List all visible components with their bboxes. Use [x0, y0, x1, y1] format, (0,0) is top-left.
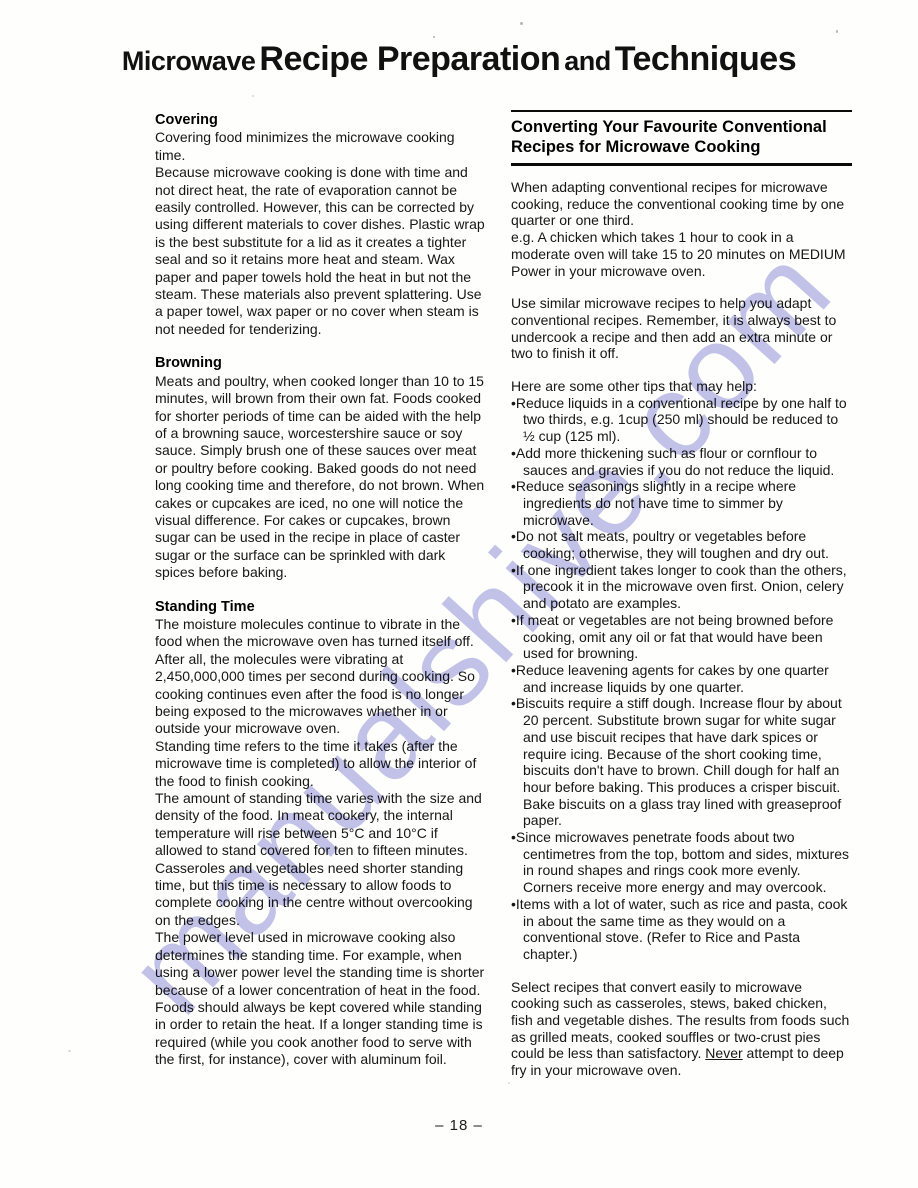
closing-underlined-word: Never [705, 1045, 742, 1061]
section-heading-converting-recipes: Converting Your Favourite Conventional R… [511, 110, 852, 166]
title-part-microwave: Microwave [122, 46, 256, 76]
scan-speck [520, 22, 523, 25]
page-title: Microwave Recipe Preparation and Techniq… [0, 40, 918, 79]
tip-item: Reduce leavening agents for cakes by one… [511, 662, 852, 695]
left-column: Covering Covering food minimizes the mic… [155, 112, 487, 1069]
title-part-recipe-preparation: Recipe Preparation [259, 40, 560, 78]
section-covering: Covering Covering food minimizes the mic… [155, 112, 487, 338]
paragraph: The amount of standing time varies with … [155, 790, 487, 929]
scan-speck [433, 36, 435, 38]
paragraph: When adapting conventional recipes for m… [511, 179, 852, 229]
tip-item: Biscuits require a stiff dough. Increase… [511, 695, 852, 829]
scan-speck [252, 95, 254, 97]
closing-paragraph: Select recipes that convert easily to mi… [511, 979, 852, 1079]
title-part-techniques: Techniques [615, 40, 796, 78]
paragraph: The power level used in microwave cookin… [155, 929, 487, 1068]
tip-item: Add more thickening such as flour or cor… [511, 445, 852, 478]
paragraph: Because microwave cooking is done with t… [155, 164, 487, 338]
tips-list: Reduce liquids in a conventional recipe … [511, 395, 852, 963]
paragraph: Meats and poultry, when cooked longer th… [155, 373, 487, 582]
scan-speck [68, 1050, 71, 1052]
paragraph: Standing time refers to the time it take… [155, 738, 487, 790]
tip-item: If one ingredient takes longer to cook t… [511, 562, 852, 612]
section-heading: Standing Time [155, 599, 487, 616]
section-standing-time: Standing Time The moisture molecules con… [155, 599, 487, 1069]
tip-item: Reduce liquids in a conventional recipe … [511, 395, 852, 445]
tip-item: Reduce seasonings slightly in a recipe w… [511, 478, 852, 528]
page-number: – 18 – [0, 1117, 918, 1134]
scan-speck [508, 1082, 510, 1084]
tip-item: Items with a lot of water, such as rice … [511, 896, 852, 963]
scan-speck [836, 30, 838, 33]
section-heading: Browning [155, 355, 487, 372]
tip-item: Since microwaves penetrate foods about t… [511, 829, 852, 896]
section-heading: Covering [155, 112, 487, 129]
tips-intro: Here are some other tips that may help: [511, 378, 852, 395]
paragraph: e.g. A chicken which takes 1 hour to coo… [511, 229, 852, 279]
paragraph: Use similar microwave recipes to help yo… [511, 295, 852, 362]
section-heading-line1: Converting Your Favourite Conventional [511, 117, 852, 137]
section-browning: Browning Meats and poultry, when cooked … [155, 355, 487, 581]
tip-item: Do not salt meats, poultry or vegetables… [511, 528, 852, 561]
paragraph: The moisture molecules continue to vibra… [155, 616, 487, 738]
paragraph: Covering food minimizes the microwave co… [155, 129, 487, 164]
manual-page: manualshive.com Microwave Recipe Prepara… [0, 0, 918, 1188]
section-heading-line2: Recipes for Microwave Cooking [511, 137, 852, 157]
right-column: Converting Your Favourite Conventional R… [511, 110, 852, 1079]
tip-item: If meat or vegetables are not being brow… [511, 612, 852, 662]
title-part-and: and [564, 46, 611, 76]
